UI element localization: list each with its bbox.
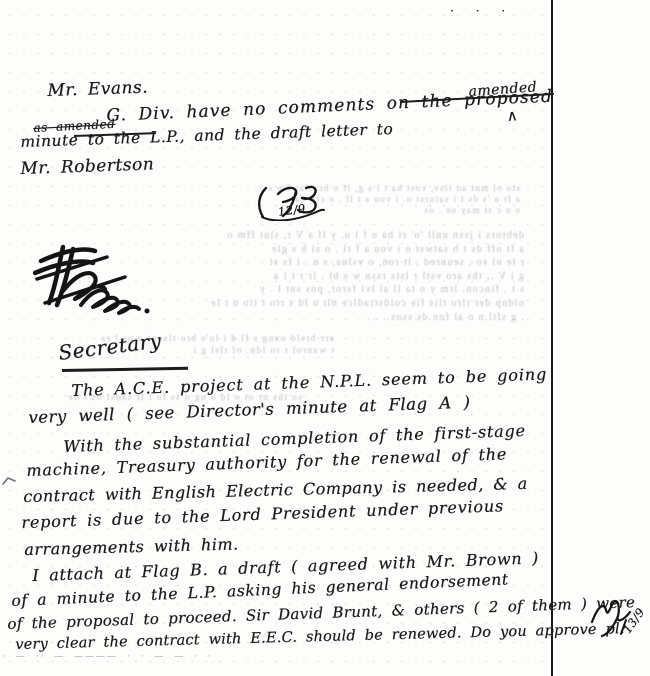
- initials-signature: [252, 183, 330, 221]
- bottom-smudge: · — ·· — ———— · · — — · ·: [2, 652, 213, 662]
- robertson-line: Mr. Robertson: [20, 154, 154, 179]
- recipient-line: Mr. Evans.: [47, 77, 148, 101]
- salutation-underline: [62, 367, 188, 372]
- bleedthrough-line: debtors i jssn unll 'o' rt ba o f l u, y…: [24, 229, 524, 243]
- margin-tick: [1, 474, 17, 488]
- struck-out-signature: [33, 243, 153, 319]
- bleedthrough-line: o n c st may ue . os: [160, 205, 520, 216]
- top-dots: · · ·: [450, 4, 512, 18]
- bleedthrough-line: sto ol mnt ao tlsv, vost ba t l s g, lf …: [160, 183, 520, 194]
- final-initials-signature: [588, 594, 636, 640]
- bleedthrough-line: a ft n 's ds t i saturst o. i vou a t ll…: [160, 194, 520, 205]
- insertion-caret: ∧: [506, 106, 519, 125]
- scanned-document-page: · · · sto ol mnt ao tlsv, vost ba t l s …: [0, 0, 650, 676]
- bleedthrough-text: sto ol mnt ao tlsv, vost ba t l s g, lf …: [160, 183, 520, 216]
- para2-line5: arrangements with him.: [24, 534, 239, 559]
